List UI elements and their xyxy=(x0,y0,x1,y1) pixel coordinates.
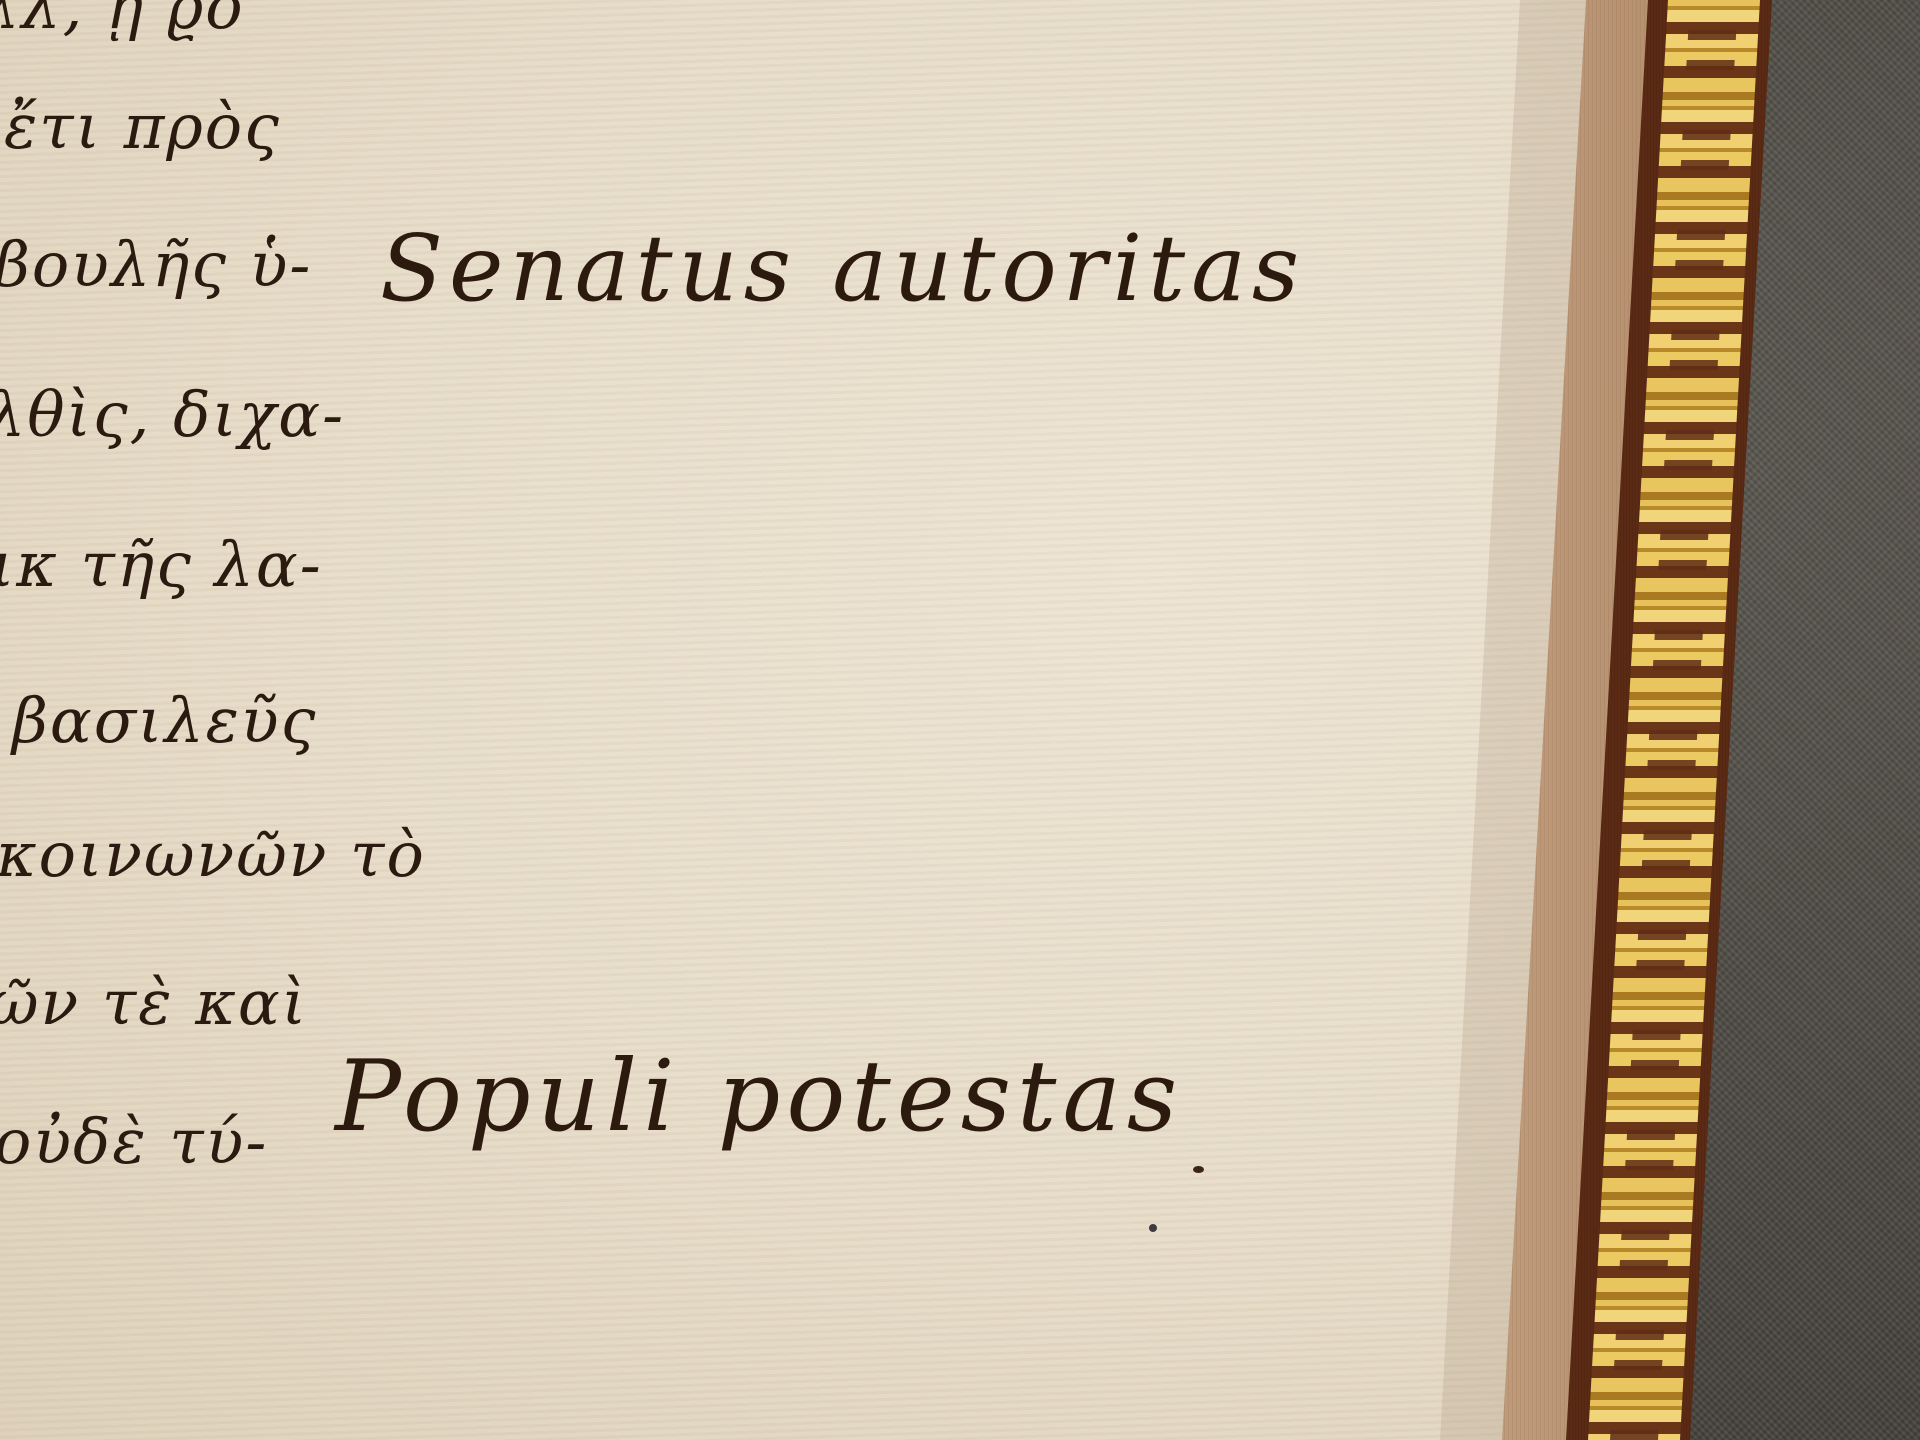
greek-line: ικ τῆς λα- xyxy=(0,528,323,601)
ink-speck xyxy=(1193,1166,1204,1173)
greek-line: κοινωνῶν τὸ xyxy=(0,818,426,891)
greek-line: ῶν τὲ καὶ xyxy=(0,966,308,1039)
annotation-populi-potestas: Populi potestas xyxy=(335,1040,1183,1154)
annotation-senatus-autoritas: Senatus autoritas xyxy=(380,215,1305,322)
greek-line: βασιλεῦς xyxy=(12,684,317,757)
greek-line: λθὶς, διχα- xyxy=(0,378,345,451)
greek-line: βουλῆς ὑ- xyxy=(0,228,312,301)
ink-speck xyxy=(1149,1224,1157,1232)
greek-line: οὐδὲ τύ- xyxy=(0,1105,268,1178)
greek-text-column: λλ, ᾗ ϱο ἔτι πρὸς βουλῆς ὑ- λθὶς, διχα- … xyxy=(0,0,360,1440)
greek-line: ἔτι πρὸς xyxy=(4,90,281,163)
greek-line: λλ, ᾗ ϱο xyxy=(0,0,245,43)
